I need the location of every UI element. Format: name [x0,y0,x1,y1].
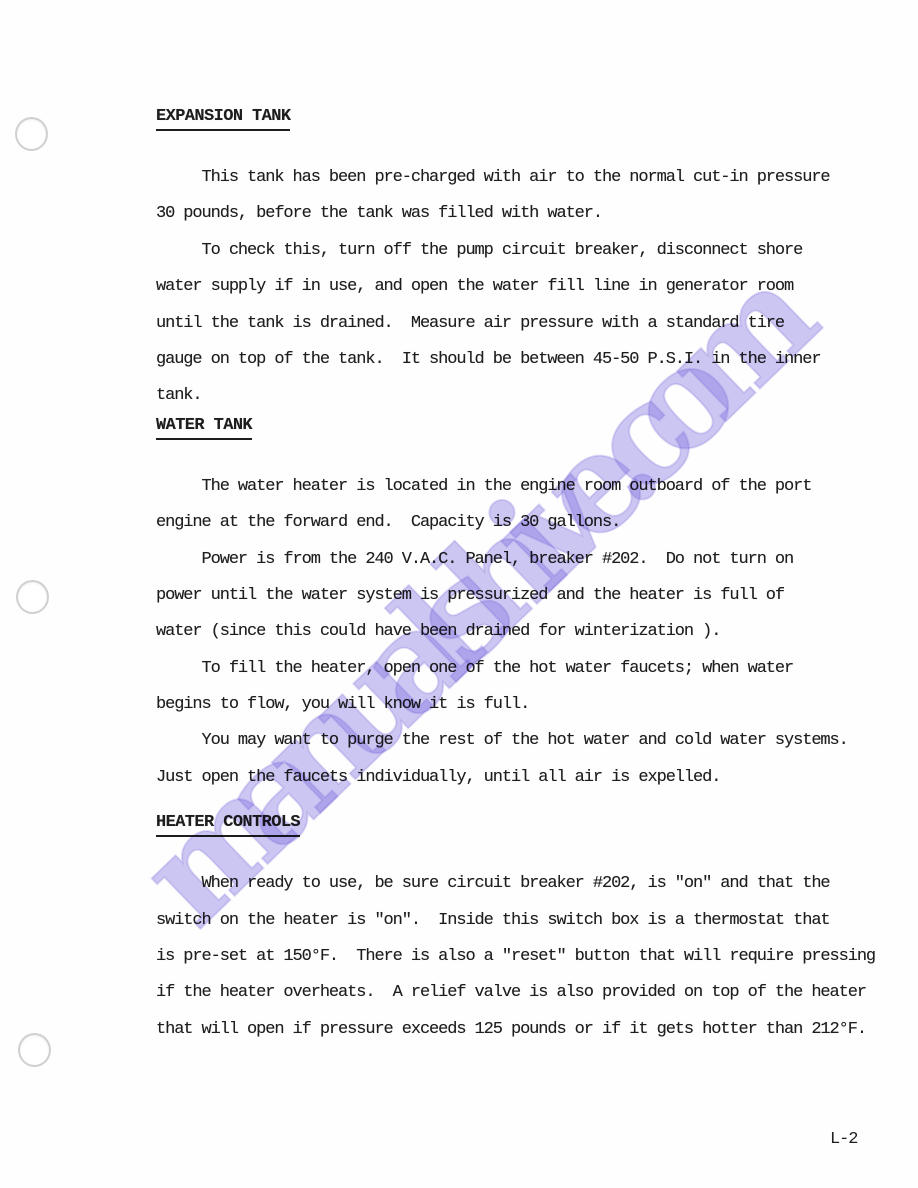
section-heading-text: HEATER CONTROLS [156,813,300,837]
section-heading-text: EXPANSION TANK [156,107,290,131]
section-heading: WATER TANK [156,415,896,469]
text-line: 30 pounds, before the tank was filled wi… [156,196,896,232]
text-line: The water heater is located in the engin… [156,469,896,505]
page-number: L-2 [830,1130,857,1150]
text-line: power until the water system is pressuri… [156,578,896,614]
text-line: Just open the faucets individually, unti… [156,760,896,796]
punch-hole-icon [15,117,48,151]
text-line: tank. [156,378,896,414]
text-line: water supply if in use, and open the wat… [156,269,896,305]
text-line: gauge on top of the tank. It should be b… [156,342,896,378]
section-heading: HEATER CONTROLS [156,796,896,866]
text-line: When ready to use, be sure circuit break… [156,866,896,902]
text-line: is pre-set at 150°F. There is also a "re… [156,939,896,975]
scanned-manual-page: EXPANSION TANK This tank has been pre-ch… [0,0,918,1188]
text-line: switch on the heater is "on". Inside thi… [156,903,896,939]
text-line: You may want to purge the rest of the ho… [156,723,896,759]
text-line: engine at the forward end. Capacity is 3… [156,505,896,541]
text-line: that will open if pressure exceeds 125 p… [156,1012,896,1048]
text-line: water (since this could have been draine… [156,614,896,650]
text-line: begins to flow, you will know it is full… [156,687,896,723]
text-line: To check this, turn off the pump circuit… [156,233,896,269]
text-line: Power is from the 240 V.A.C. Panel, brea… [156,542,896,578]
punch-hole-icon [16,580,49,614]
text-line: To fill the heater, open one of the hot … [156,651,896,687]
text-line: This tank has been pre-charged with air … [156,160,896,196]
text-line: until the tank is drained. Measure air p… [156,306,896,342]
section-heading: EXPANSION TANK [156,106,896,160]
document-blocks: EXPANSION TANK This tank has been pre-ch… [156,106,896,1048]
punch-hole-icon [18,1033,51,1067]
text-line: if the heater overheats. A relief valve … [156,975,896,1011]
section-heading-text: WATER TANK [156,416,252,440]
